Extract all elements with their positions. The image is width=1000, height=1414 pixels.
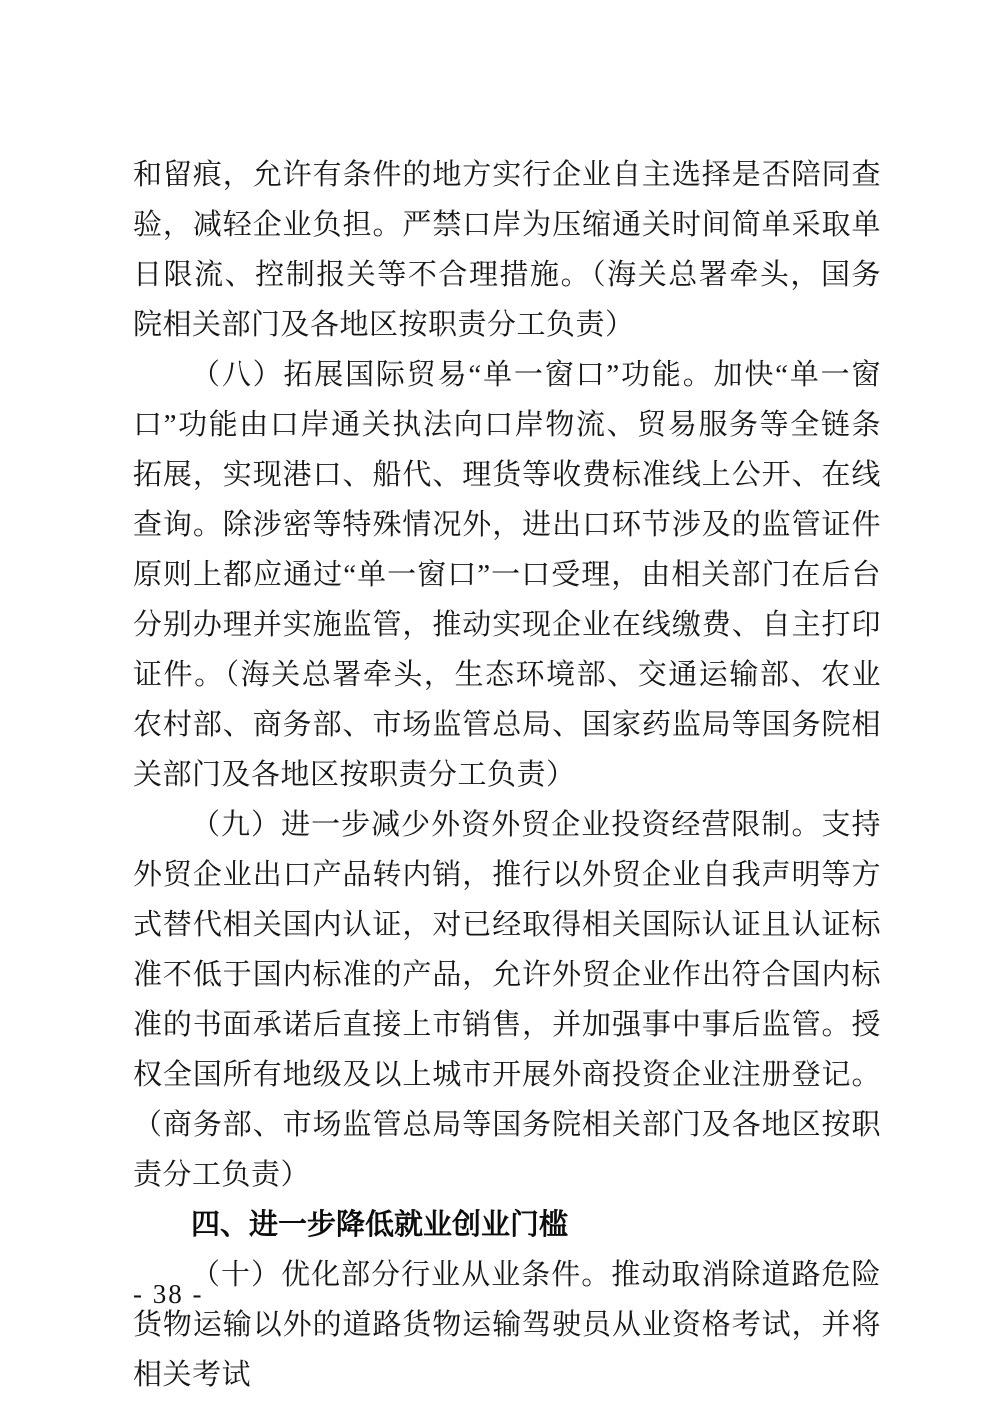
paragraph: 和留痕，允许有条件的地方实行企业自主选择是否陪同查验，减轻企业负担。严禁口岸为压… [133,150,881,350]
document-page: 和留痕，允许有条件的地方实行企业自主选择是否陪同查验，减轻企业负担。严禁口岸为压… [0,0,1000,1414]
page-number: - 38 - [133,1278,203,1310]
section-heading: 四、进一步降低就业创业门槛 [133,1200,881,1250]
paragraph: （九）进一步减少外资外贸企业投资经营限制。支持外贸企业出口产品转内销，推行以外贸… [133,800,881,1200]
paragraph: （十）优化部分行业从业条件。推动取消除道路危险货物运输以外的道路货物运输驾驶员从… [133,1250,881,1400]
paragraph: （八）拓展国际贸易“单一窗口”功能。加快“单一窗口”功能由口岸通关执法向口岸物流… [133,350,881,800]
document-body: 和留痕，允许有条件的地方实行企业自主选择是否陪同查验，减轻企业负担。严禁口岸为压… [133,150,881,1400]
